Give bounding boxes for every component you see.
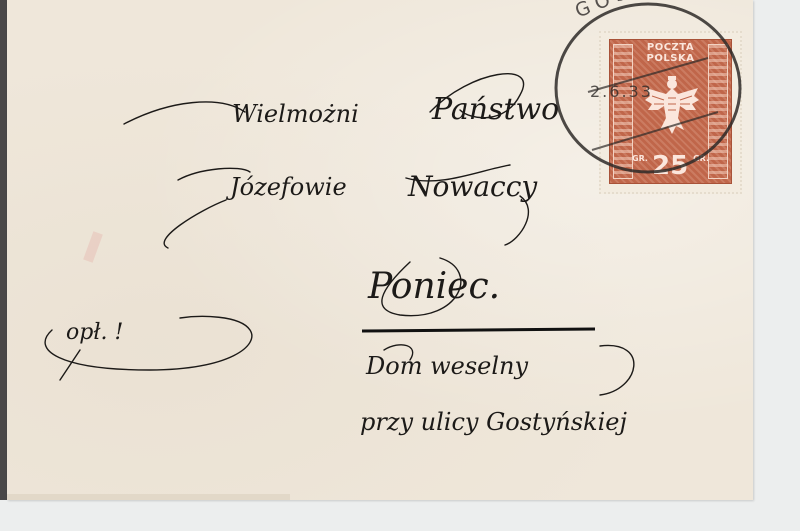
envelope-torn-edge: [7, 494, 290, 500]
stamp-country: POCZTA POLSKA: [634, 42, 707, 64]
salutation-honorific: Wielmożni: [232, 100, 359, 128]
stamp-design: POCZTA POLSKA GR. GR. 25: [609, 39, 732, 184]
postage-stamp: POCZTA POLSKA GR. GR. 25: [599, 31, 742, 194]
postmark-date: 2.6.33: [590, 82, 653, 101]
postage-paid-note: opł. !: [66, 320, 123, 345]
stamp-value: 25: [652, 151, 688, 181]
address-line-1: Dom weselny: [366, 352, 528, 380]
recipient-first-name: Józefowie: [230, 173, 347, 201]
stamp-ornament-left: [613, 44, 633, 179]
stamp-currency-left: GR.: [632, 154, 648, 163]
address-line-2: przy ulicy Gostyńskiej: [360, 408, 627, 436]
salutation-title: Państwo: [432, 92, 559, 127]
stamp-country-line2: POLSKA: [634, 53, 707, 64]
stamp-ornament-right: [708, 44, 728, 179]
recipient-last-name: Nowaccy: [408, 170, 537, 203]
stamp-currency-right: GR.: [693, 154, 709, 163]
destination-city: Poniec.: [368, 266, 500, 307]
stamp-country-line1: POCZTA: [634, 42, 707, 53]
